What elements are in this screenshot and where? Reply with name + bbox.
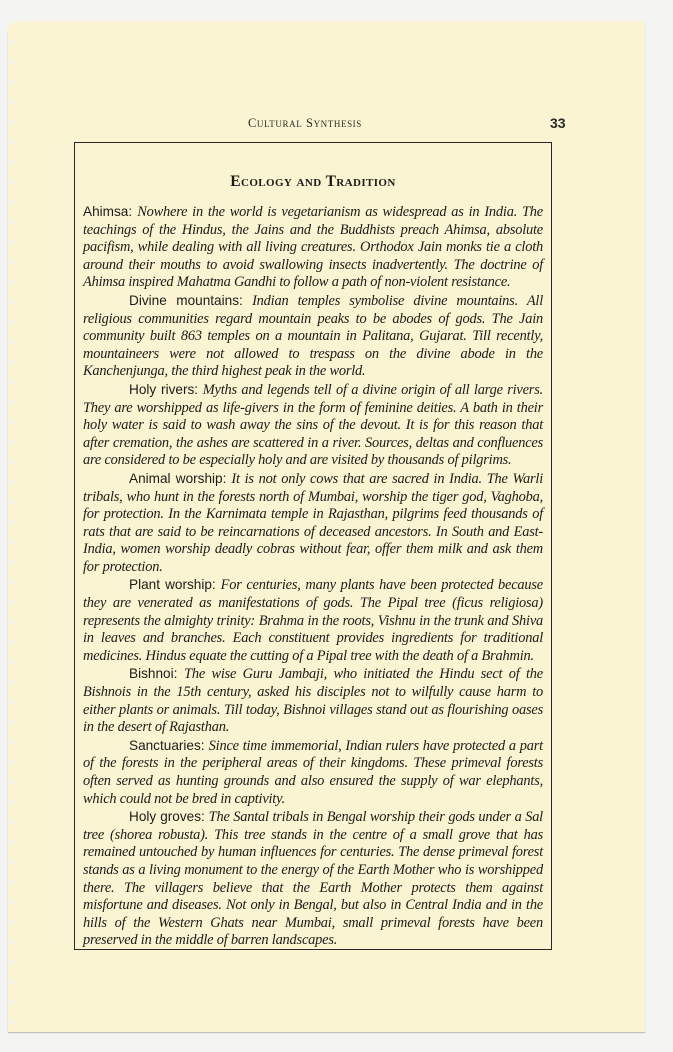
entry-term: Holy groves: — [129, 809, 205, 824]
entry-animal-worship: Animal worship: It is not only cows that… — [83, 470, 543, 577]
entry-holy-groves: Holy groves: The Santal tribals in Benga… — [83, 808, 543, 950]
entry-term: Plant worship: — [129, 577, 216, 592]
entry-plant-worship: Plant worship: For centuries, many plant… — [83, 576, 543, 665]
sidebar-box-ecology-and-tradition: Ecology and Tradition Ahimsa: Nowhere in… — [74, 142, 552, 950]
entry-text: It is not only cows that are sacred in I… — [83, 471, 543, 575]
entry-bishnoi: Bishnoi: The wise Guru Jambaji, who init… — [83, 665, 543, 736]
entry-term: Divine mountains: — [129, 293, 243, 308]
entry-holy-rivers: Holy rivers: Myths and legends tell of a… — [83, 381, 543, 470]
entry-term: Animal worship: — [129, 471, 226, 486]
page-perforated-edge — [8, 21, 14, 1032]
entry-term: Bishnoi: — [129, 666, 177, 681]
entry-term: Ahimsa: — [83, 204, 132, 219]
entry-ahimsa: Ahimsa: Nowhere in the world is vegetari… — [83, 203, 543, 292]
entry-sanctuaries: Sanctuaries: Since time immemorial, Indi… — [83, 737, 543, 808]
page-number: 33 — [550, 115, 566, 131]
box-title: Ecology and Tradition — [83, 173, 543, 191]
running-head: Cultural Synthesis — [248, 116, 362, 131]
entry-text: Nowhere in the world is vegetarianism as… — [83, 204, 543, 290]
entry-term: Sanctuaries: — [129, 738, 205, 753]
entry-term: Holy rivers: — [129, 382, 198, 397]
entry-divine-mountains: Divine mountains: Indian temples symboli… — [83, 292, 543, 381]
entry-text: The Santal tribals in Bengal worship the… — [83, 809, 543, 948]
